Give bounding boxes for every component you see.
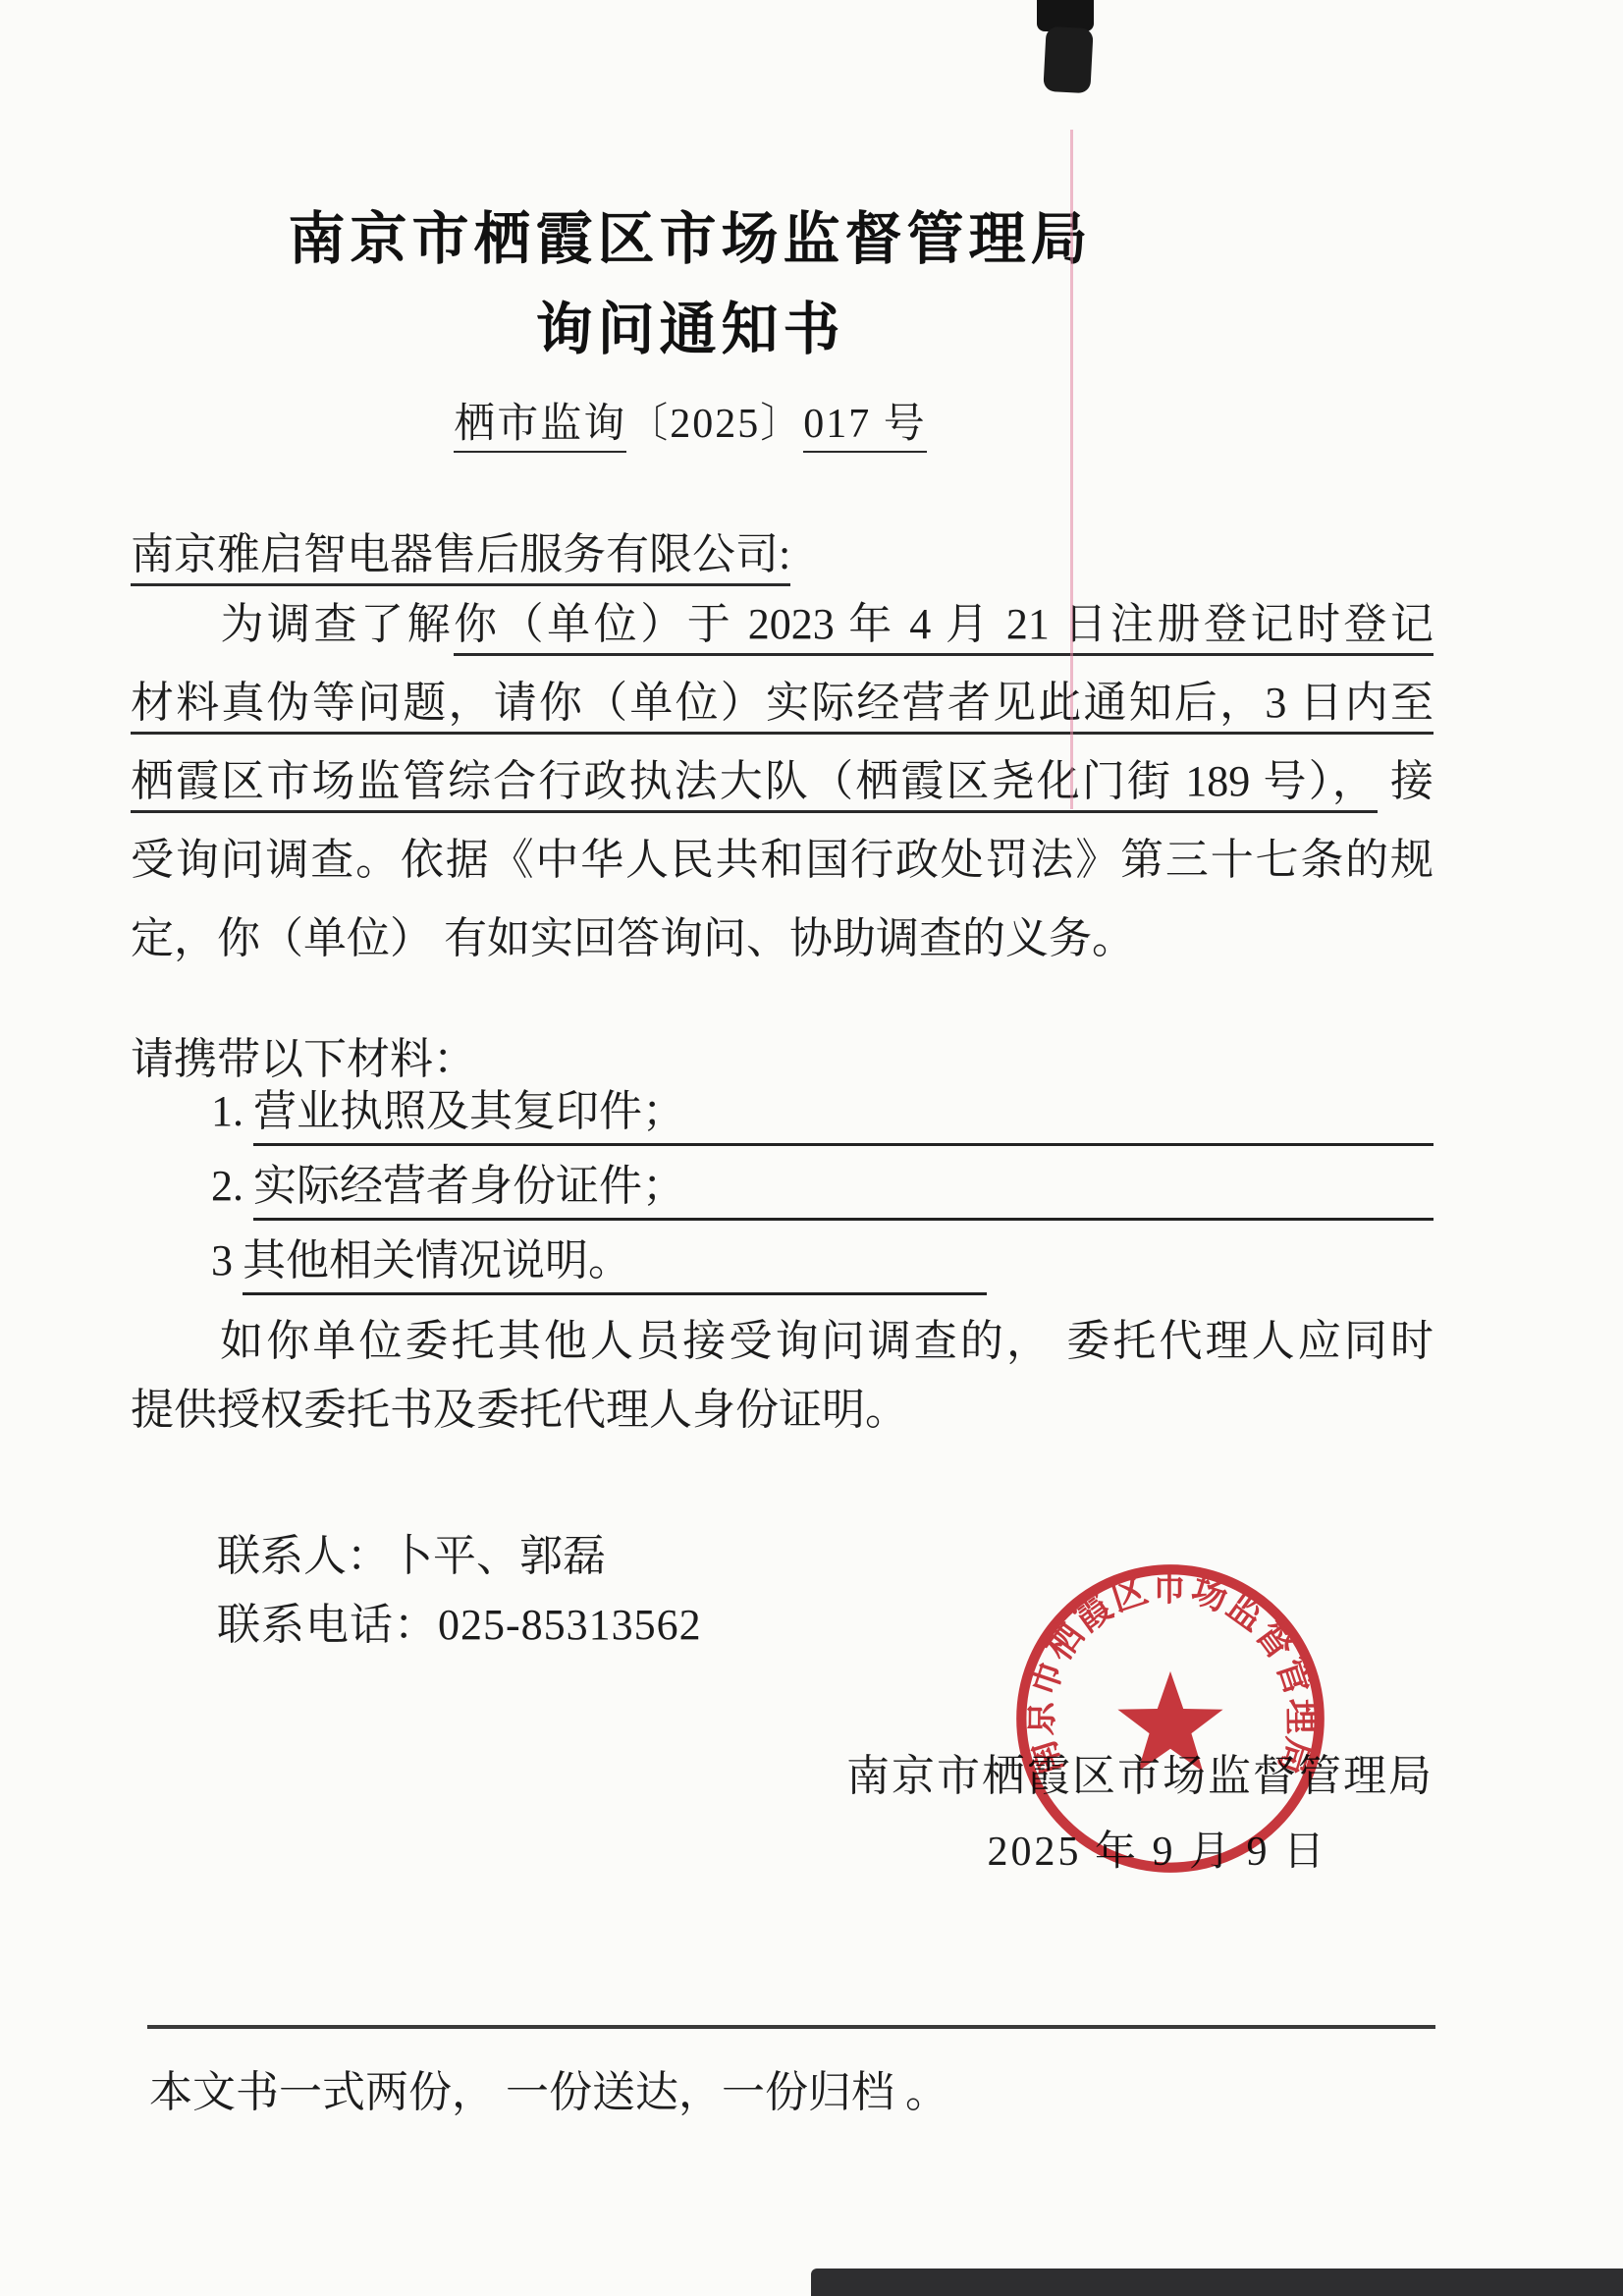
scan-artifact-bottom <box>811 2269 1623 2296</box>
body-paragraph: 为调查了解你（单位）于 2023 年 4 月 21 日注册登记时登记 材料真伪等… <box>131 589 1434 982</box>
material-item-3-text: 其他相关情况说明。 <box>243 1235 631 1295</box>
scan-artifact-top <box>1043 27 1093 93</box>
material-item-1-number: 1. <box>211 1086 253 1146</box>
material-item-2-number: 2. <box>211 1161 253 1221</box>
material-item-2: 2. 实际经营者身份证件； <box>131 1161 1434 1221</box>
body-line-3: 栖霞区市场监管综合行政执法大队（栖霞区尧化门街 189 号）， 接 <box>131 746 1434 825</box>
official-seal: 南京市栖霞区市场监督管理局 <box>1009 1558 1331 1880</box>
material-item-1-blank-line <box>685 1086 1434 1146</box>
material-item-2-text: 实际经营者身份证件； <box>253 1161 685 1221</box>
materials-heading: 请携带以下材料： <box>131 1023 1434 1086</box>
delegation-line-1-text: 如你单位委托其他人员接受询问调查的， 委托代理人应同时 <box>217 1317 1434 1365</box>
scan-artifact-line <box>1070 130 1073 809</box>
body-line-2-underlined: 材料真伪等问题，请你（单位）实际经营者见此通知后，3 日内至 <box>131 679 1434 735</box>
body-line-3-plain: 接 <box>1378 757 1434 805</box>
recipient-company-name: 南京雅启智电器售后服务有限公司: <box>131 530 790 586</box>
scanned-notice-page: 南京市栖霞区市场监督管理局 询问通知书 栖市监询〔2025〕017 号 南京雅启… <box>0 0 1623 2296</box>
body-line-5: 定，你（单位） 有如实回答询问、协助调查的义务。 <box>131 903 1434 982</box>
document-number: 栖市监询〔2025〕017 号 <box>131 391 1250 450</box>
star-icon <box>1117 1671 1222 1772</box>
document-number-prefix: 栖市监询 <box>454 402 626 453</box>
delegation-line-2: 提供授权委托书及委托代理人身份证明。 <box>131 1375 1434 1453</box>
document-number-year: 〔2025〕 <box>626 402 803 447</box>
document-type-title: 询问通知书 <box>131 283 1250 365</box>
material-item-1-text: 营业执照及其复印件； <box>253 1086 685 1146</box>
material-item-2-blank-line <box>685 1161 1434 1221</box>
agency-title: 南京市栖霞区市场监督管理局 <box>131 192 1250 275</box>
delegation-line-1: 如你单位委托其他人员接受询问调查的， 委托代理人应同时 <box>131 1306 1434 1385</box>
body-line-4: 受询问调查。依据《中华人民共和国行政处罚法》第三十七条的规 <box>131 825 1434 903</box>
footer-note: 本文书一式两份， 一份送达，一份归档 。 <box>149 2056 948 2119</box>
footer-divider <box>147 2025 1435 2029</box>
recipient-line: 南京雅启智电器售后服务有限公司: <box>131 519 1434 581</box>
material-item-1: 1. 营业执照及其复印件； <box>131 1086 1434 1146</box>
material-item-3: 3 其他相关情况说明。 <box>131 1235 987 1295</box>
material-item-3-number: 3 <box>211 1235 243 1295</box>
body-line-1: 为调查了解你（单位）于 2023 年 4 月 21 日注册登记时登记 <box>131 589 1434 668</box>
body-line-1-underlined: 你（单位）于 2023 年 4 月 21 日注册登记时登记 <box>454 600 1434 656</box>
body-line-3-underlined: 栖霞区市场监管综合行政执法大队（栖霞区尧化门街 189 号）， <box>131 757 1378 813</box>
material-item-3-blank-line <box>631 1235 987 1295</box>
document-number-serial: 017 号 <box>803 402 927 453</box>
body-line-2: 材料真伪等问题，请你（单位）实际经营者见此通知后，3 日内至 <box>131 668 1434 746</box>
body-line-1-plain: 为调查了解 <box>217 600 454 648</box>
